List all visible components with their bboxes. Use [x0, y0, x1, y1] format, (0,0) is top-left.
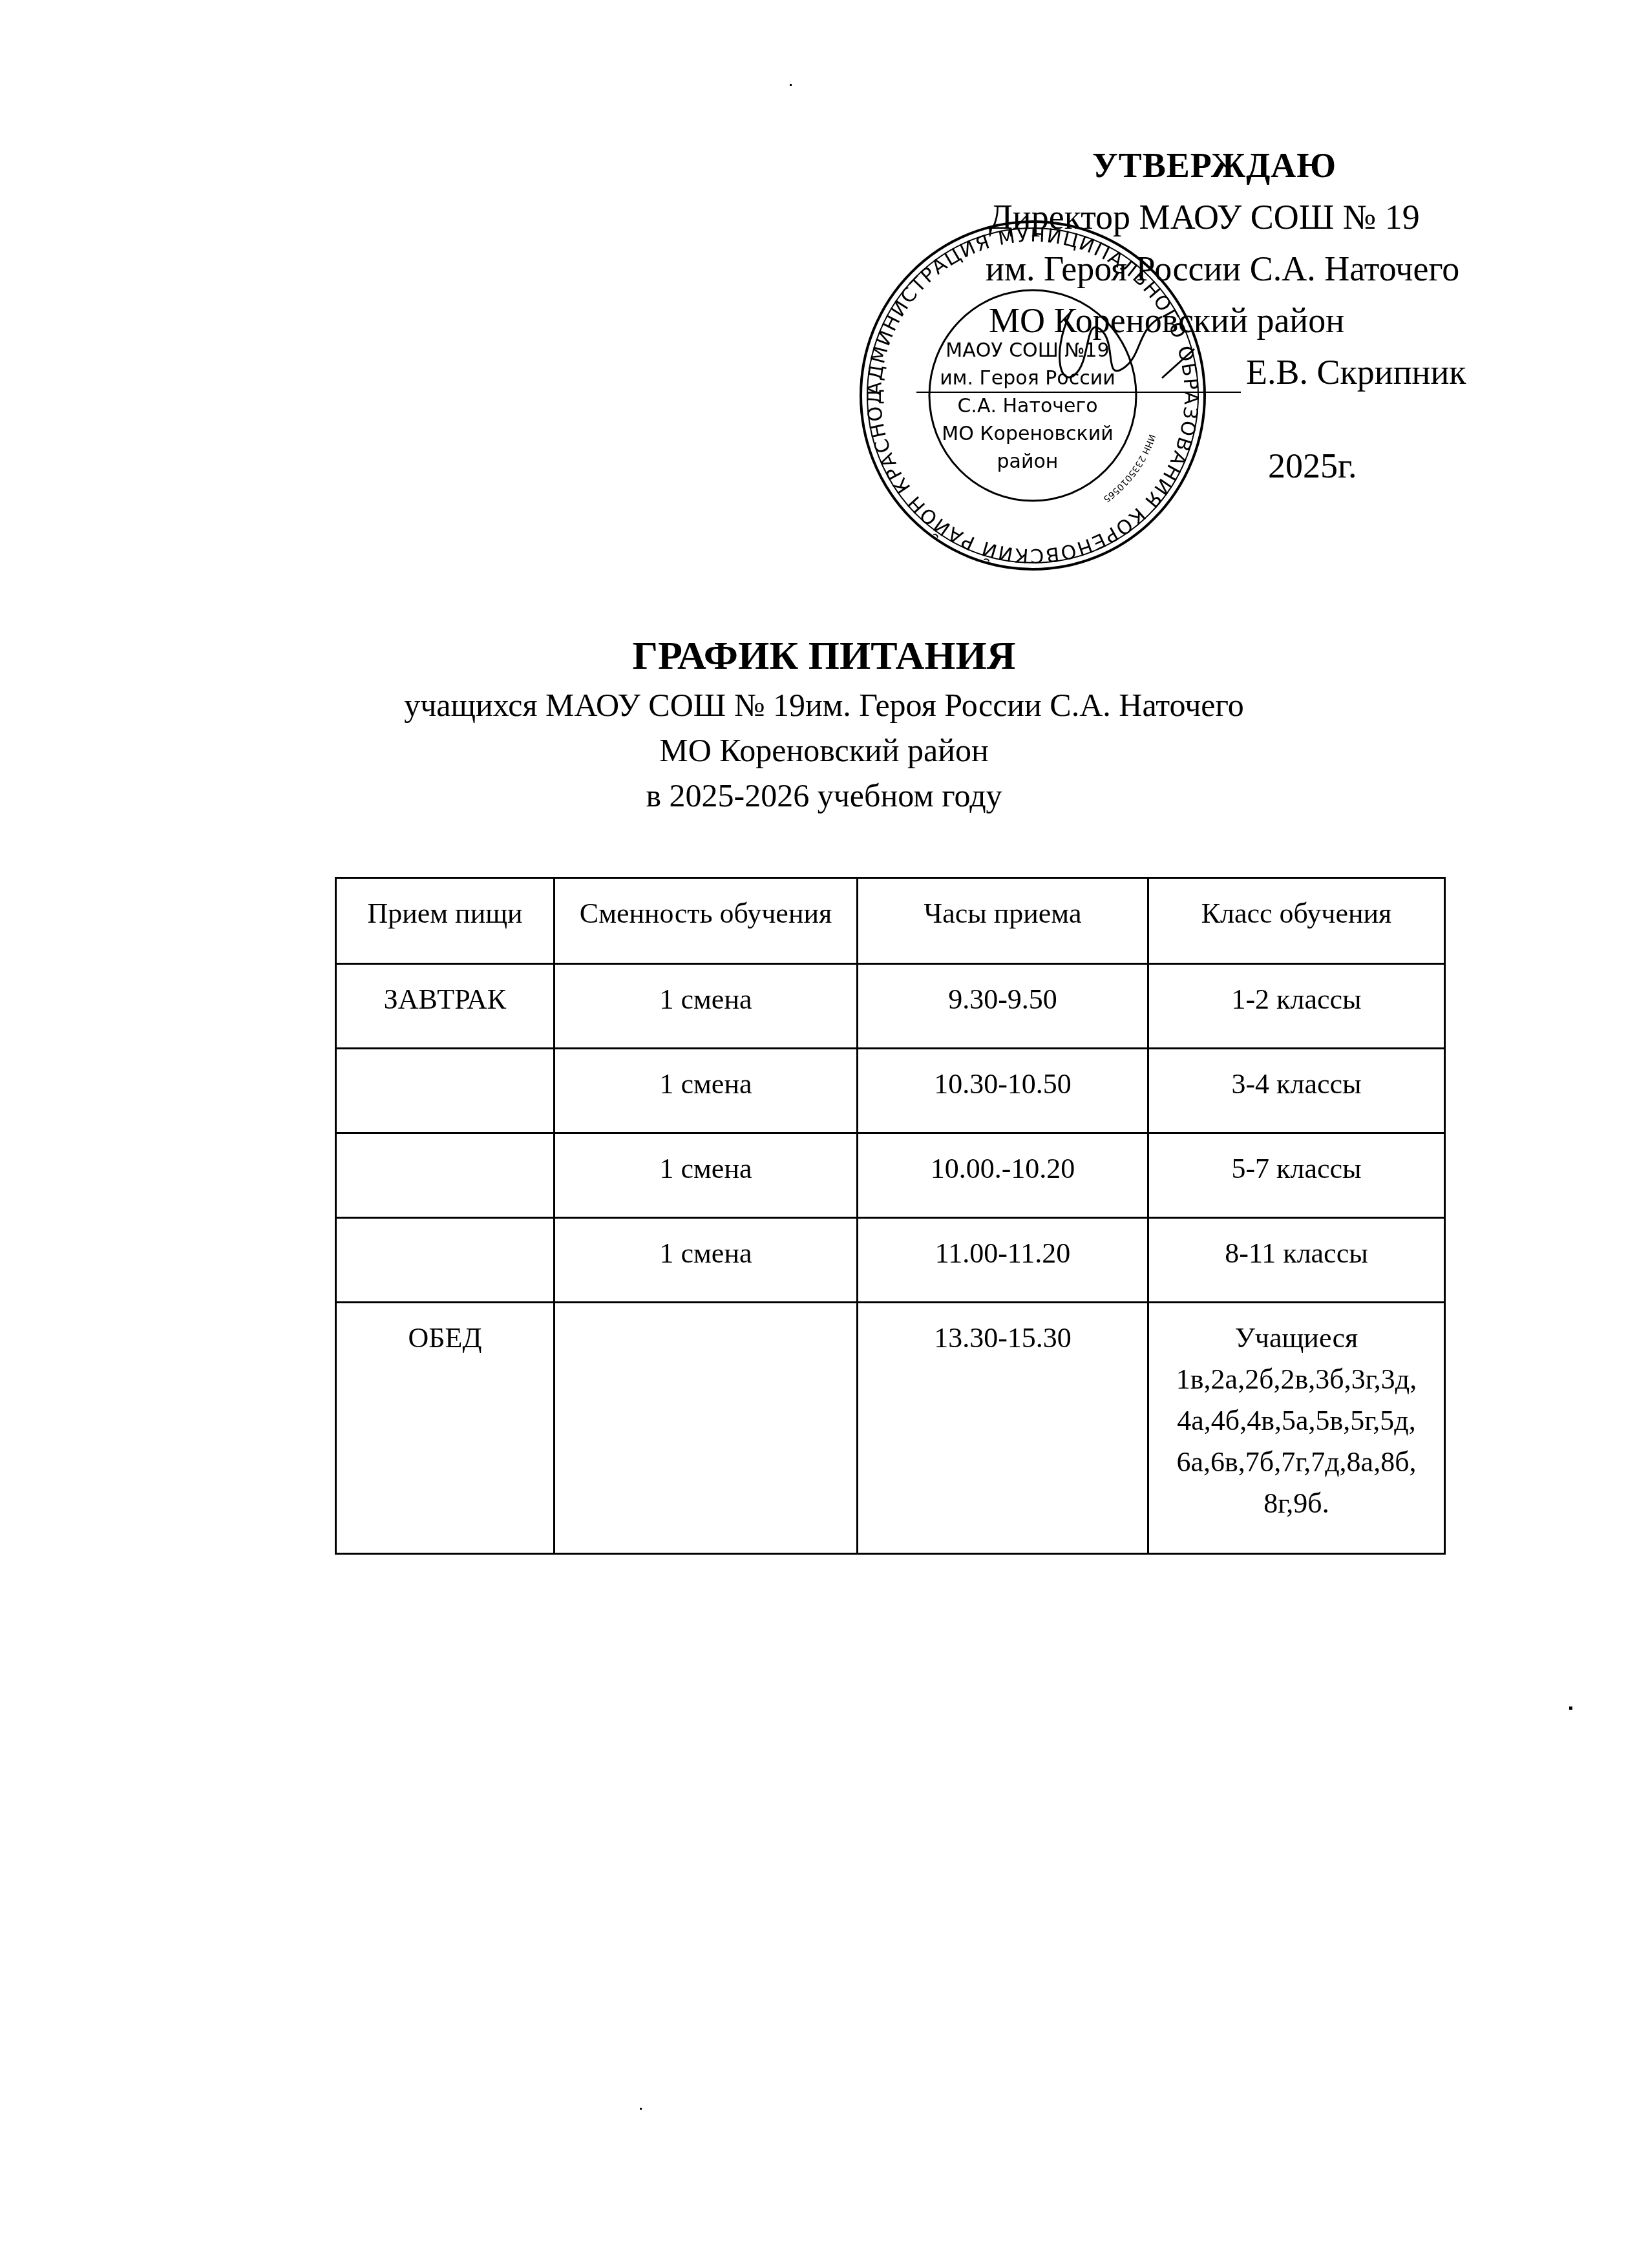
- cell-class: 8-11 классы: [1148, 1218, 1445, 1303]
- header-hours: Часы приема: [858, 878, 1148, 964]
- cell-hours: 13.30-15.30: [858, 1303, 1148, 1554]
- scan-speck: [1569, 1706, 1572, 1710]
- stamp-center-line: им. Героя России: [940, 367, 1115, 390]
- cell-meal: ОБЕД: [336, 1303, 555, 1554]
- cell-class: 1-2 классы: [1148, 964, 1445, 1049]
- class-list-line: 6а,6в,7б,7г,7д,8а,8б,: [1152, 1442, 1441, 1483]
- cell-meal: [336, 1049, 555, 1133]
- stamp-center-line: МО Кореновский: [942, 423, 1113, 445]
- cell-shift: 1 смена: [555, 964, 858, 1049]
- document-title: ГРАФИК ПИТАНИЯ: [0, 633, 1648, 679]
- cell-meal: ЗАВТРАК: [336, 964, 555, 1049]
- document-subtitle-school: учащихся МАОУ СОШ № 19им. Героя России С…: [0, 686, 1648, 724]
- header-shift: Сменность обучения: [555, 878, 858, 964]
- cell-meal: [336, 1218, 555, 1303]
- table-row: 1 смена 11.00-11.20 8-11 классы: [336, 1218, 1445, 1303]
- class-list-line: Учащиеся: [1152, 1318, 1441, 1359]
- scan-speck: [790, 84, 792, 86]
- official-stamp-icon: АДМИНИСТРАЦИЯ МУНИЦИПАЛЬНОГО ОБРАЗОВАНИЯ…: [858, 220, 1207, 572]
- cell-hours: 10.00.-10.20: [858, 1133, 1148, 1218]
- scan-speck: [640, 2108, 642, 2110]
- cell-hours: 10.30-10.50: [858, 1049, 1148, 1133]
- class-list-line: 1в,2а,2б,2в,3б,3г,3д,: [1152, 1359, 1441, 1400]
- cell-class-list: Учащиеся 1в,2а,2б,2в,3б,3г,3д, 4а,4б,4в,…: [1148, 1303, 1445, 1554]
- table-row: ОБЕД 13.30-15.30 Учащиеся 1в,2а,2б,2в,3б…: [336, 1303, 1445, 1554]
- document-subtitle-year: в 2025-2026 учебном году: [0, 777, 1648, 814]
- approval-title: УТВЕРЖДАЮ: [1092, 145, 1336, 185]
- meal-schedule-table: Прием пищи Сменность обучения Часы прием…: [335, 877, 1446, 1555]
- stamp-center-line: район: [997, 450, 1059, 473]
- table-row: 1 смена 10.00.-10.20 5-7 классы: [336, 1133, 1445, 1218]
- document-subtitle-district: МО Кореновский район: [0, 731, 1648, 769]
- cell-hours: 11.00-11.20: [858, 1218, 1148, 1303]
- header-class: Класс обучения: [1148, 878, 1445, 964]
- svg-text:АДМИНИСТРАЦИЯ МУНИЦИПАЛЬНОГО О: АДМИНИСТРАЦИЯ МУНИЦИПАЛЬНОГО ОБРАЗОВАНИЯ…: [858, 220, 1202, 567]
- class-list-line: 4а,4б,4в,5а,5в,5г,5д,: [1152, 1400, 1441, 1442]
- class-list-line: 8г,9б.: [1152, 1483, 1441, 1524]
- cell-meal: [336, 1133, 555, 1218]
- approval-date: 2025г.: [1268, 446, 1357, 486]
- cell-hours: 9.30-9.50: [858, 964, 1148, 1049]
- header-meal: Прием пищи: [336, 878, 555, 964]
- cell-shift: [555, 1303, 858, 1554]
- table-row: ЗАВТРАК 1 смена 9.30-9.50 1-2 классы: [336, 964, 1445, 1049]
- cell-class: 3-4 классы: [1148, 1049, 1445, 1133]
- table-row: 1 смена 10.30-10.50 3-4 классы: [336, 1049, 1445, 1133]
- cell-shift: 1 смена: [555, 1133, 858, 1218]
- signatory-name: Е.В. Скрипник: [1246, 352, 1466, 392]
- stamp-center-line: С.А. Наточего: [957, 395, 1097, 417]
- cell-shift: 1 смена: [555, 1218, 858, 1303]
- table-header-row: Прием пищи Сменность обучения Часы прием…: [336, 878, 1445, 964]
- cell-shift: 1 смена: [555, 1049, 858, 1133]
- cell-class: 5-7 классы: [1148, 1133, 1445, 1218]
- stamp-outer-text: АДМИНИСТРАЦИЯ МУНИЦИПАЛЬНОГО ОБРАЗОВАНИЯ…: [858, 220, 1202, 567]
